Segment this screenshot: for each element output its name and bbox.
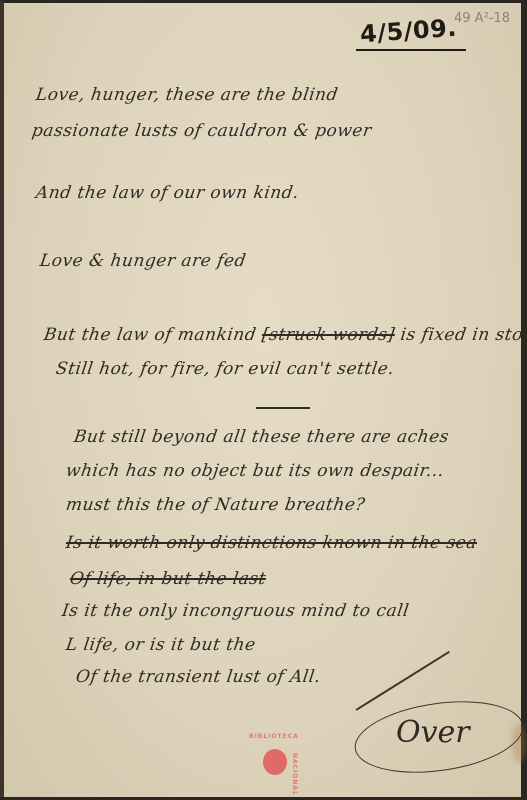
shelfmark: 49 A²-18 (454, 11, 510, 26)
line-3: And the law of our own kind. (35, 183, 301, 203)
line-14: Of the transient lust of All. (75, 667, 322, 687)
line-10-struck: Is it worth only distinctions known in t… (65, 533, 479, 553)
line-7: But still beyond all these there are ach… (73, 427, 451, 447)
line-5-text: But the law of mankind (43, 325, 258, 345)
line-1: Love, hunger, these are the blind (35, 85, 340, 105)
stamp-top-text: BIBLIOTECA (249, 733, 299, 740)
over-pointer-stroke (356, 651, 450, 711)
line-11-struck: Of life, in but the last (69, 569, 268, 589)
date-underline (356, 49, 466, 51)
line-13: L life, or is it but the (65, 635, 257, 655)
over-label: Over (396, 715, 470, 750)
line-9: must this the of Nature breathe? (65, 495, 367, 515)
line-2: passionate lusts of cauldron & power (31, 121, 373, 141)
stamp-seal-icon (263, 749, 287, 775)
line-12: Is it the only incongruous mind to call (61, 601, 411, 621)
stamp-side-text: NACIONAL (291, 753, 298, 796)
overline-mark (256, 407, 310, 409)
line-4: Love & hunger are fed (39, 251, 248, 271)
line-5-after: is fixed in stone (399, 325, 527, 345)
struck-words: [struck words] (261, 325, 396, 345)
manuscript-page: 4/5/09. 49 A²-18 Love, hunger, these are… (0, 0, 521, 797)
line-5: But the law of mankind [struck words] is… (43, 325, 527, 345)
date: 4/5/09. (359, 14, 458, 49)
line-8: which has no object but its own despair.… (65, 461, 446, 481)
line-6: Still hot, for fire, for evil can't sett… (55, 359, 396, 379)
library-stamp: BIBLIOTECA NACIONAL (239, 731, 319, 791)
